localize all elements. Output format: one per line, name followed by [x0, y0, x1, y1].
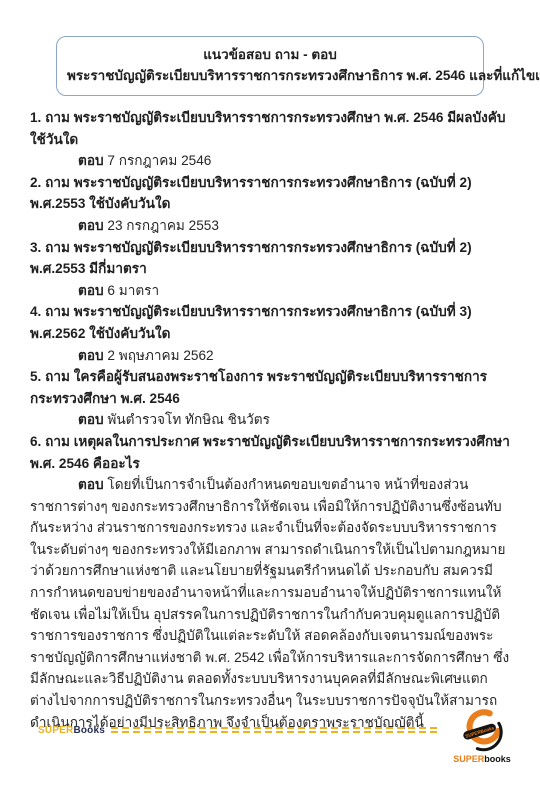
question-4: 4. ถาม พระราชบัญญัติระเบียบบริหารราชการก…	[30, 301, 510, 344]
brand-super-label: SUPER	[38, 725, 73, 736]
superbooks-logo: SUPERBooks SUPERbooks	[450, 708, 514, 764]
answer-text: 7 กรกฎาคม 2546	[107, 153, 211, 168]
exam-title-line2: พระราชบัญญัติระเบียบบริหารราชการกระทรวงศ…	[67, 65, 473, 86]
answer-3: ตอบ 6 มาตรา	[30, 280, 510, 302]
question-6: 6. ถาม เหตุผลในการประกาศ พระราชบัญญัติระ…	[30, 431, 510, 474]
answer-4: ตอบ 2 พฤษภาคม 2562	[30, 345, 510, 367]
answer-text: โดยที่เป็นการจำเป็นต้องกำหนดขอบเขตอำนาจ …	[30, 477, 509, 730]
answer-label: ตอบ	[78, 348, 104, 363]
brand-super-label: SUPER	[453, 754, 484, 764]
qa-list: 1. ถาม พระราชบัญญัติระเบียบบริหารราชการก…	[0, 96, 540, 733]
exam-title-line1: แนวข้อสอบ ถาม - ตอบ	[67, 44, 473, 65]
answer-1: ตอบ 7 กรกฎาคม 2546	[30, 150, 510, 172]
dashed-divider	[111, 727, 440, 733]
answer-label: ตอบ	[78, 218, 104, 233]
answer-text: 6 มาตรา	[107, 283, 159, 298]
brand-books-label: Books	[73, 725, 105, 736]
question-5: 5. ถาม ใครคือผู้รับสนองพระราชโองการ พระร…	[30, 366, 510, 409]
superbooks-wordmark-right: SUPERbooks	[453, 754, 511, 764]
superbooks-wordmark-left: SUPERBooks	[38, 725, 105, 736]
question-3: 3. ถาม พระราชบัญญัติระเบียบบริหารราชการก…	[30, 237, 510, 280]
answer-6: ตอบ โดยที่เป็นการจำเป็นต้องกำหนดขอบเขตอำ…	[30, 474, 510, 733]
answer-text: พันตำรวจโท ทักษิณ ชินวัตร	[107, 412, 269, 427]
question-1: 1. ถาม พระราชบัญญัติระเบียบบริหารราชการก…	[30, 107, 510, 150]
superbooks-swoosh-icon: SUPERBooks	[459, 708, 505, 754]
title-box: แนวข้อสอบ ถาม - ตอบ พระราชบัญญัติระเบียบ…	[56, 36, 484, 96]
question-2: 2. ถาม พระราชบัญญัติระเบียบบริหารราชการก…	[30, 172, 510, 215]
document-page: แนวข้อสอบ ถาม - ตอบ พระราชบัญญัติระเบียบ…	[0, 0, 540, 794]
answer-label: ตอบ	[78, 477, 104, 492]
answer-5: ตอบ พันตำรวจโท ทักษิณ ชินวัตร	[30, 409, 510, 431]
answer-2: ตอบ 23 กรกฎาคม 2553	[30, 215, 510, 237]
page-footer: SUPERBooks SUPERBooks SUPERbooks	[38, 702, 514, 758]
answer-label: ตอบ	[78, 153, 104, 168]
answer-label: ตอบ	[78, 283, 104, 298]
answer-label: ตอบ	[78, 412, 104, 427]
answer-text: 23 กรกฎาคม 2553	[107, 218, 219, 233]
brand-books-label: books	[484, 754, 511, 764]
answer-text: 2 พฤษภาคม 2562	[107, 348, 213, 363]
